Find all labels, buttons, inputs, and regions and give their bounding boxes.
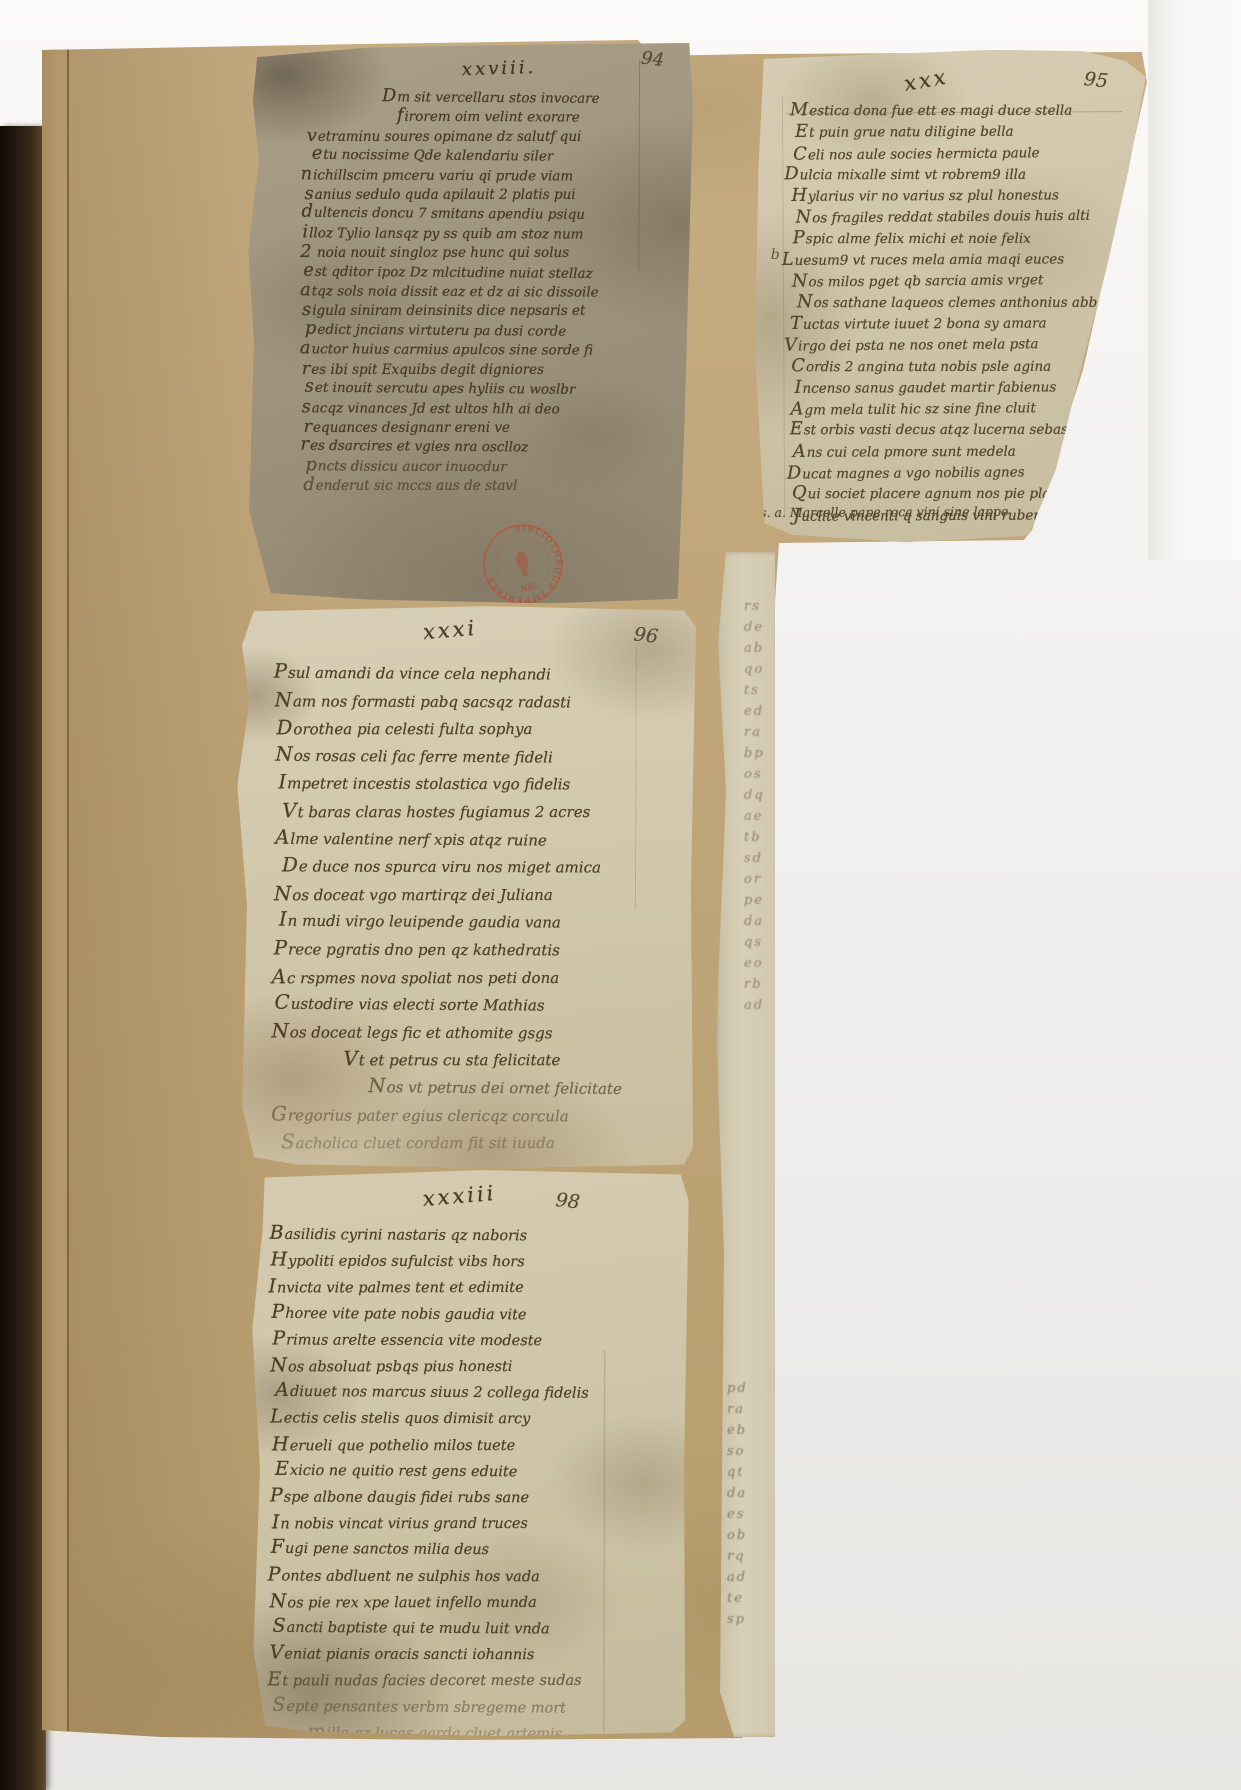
edge-strip-glyphs-upper: rs de ab qo ts ed ra bp os dq ae tb sd o… [744,596,769,1058]
manuscript-text-line: Nos rosas celi fac ferre mente fideli [275,741,681,771]
manuscript-text-line: Ans cui cela pmore sunt medela [793,440,1143,463]
manuscript-text-line: est qditor ipoz Dz mlcitudine nuiat stel… [303,261,676,283]
fragment-xxxiii: xxxiii 98 Basilidis cyrini nastaris qz n… [251,1169,688,1736]
manuscript-text-line: Herueli que pothelio milos tuete [272,1431,676,1458]
manuscript-text-line: sigula siniram deinsinits dice nepsaris … [302,302,675,321]
manuscript-text-line: Nos doceat vgo martirqz dei Juliana [274,881,680,909]
manuscript-text-line: Agm mela tulit hic sz sine fine cluit [790,396,1142,421]
frame-rule [782,97,785,515]
manuscript-text-line: etu nocissime Qde kalendariu siler [312,145,677,167]
manuscript-text-line: In mudi virgo leuipende gaudia vana [279,907,681,937]
manuscript-text-line: auctor huius carmius apulcos sine sorde … [300,340,675,361]
manuscript-text-line: nichillscim pmceru variu qi prude viam [301,165,676,186]
manuscript-text-line: De duce nos spurca viru nos miget amica [282,853,680,882]
manuscript-text-line: Et pauli nudas facies decoret meste suda… [267,1667,675,1694]
background-sheet [1148,0,1241,560]
fragment-heading: xxviii. [419,56,580,82]
manuscript-text-line: Vt et petrus cu sta felicitate [343,1046,679,1074]
manuscript-text-line: Incenso sanus gaudet martir fabienus [794,376,1142,399]
manuscript-text-line: Basilidis cyrini nastaris qz naboris [269,1221,677,1250]
folio-number: 96 [633,623,659,647]
manuscript-text-line: Nos milos pget qb sarcia amis vrget [792,269,1142,294]
manuscript-text-line: Alme valentine nerf xpis atqz ruine [275,824,681,854]
footnote-line: s. a. Marcelle pape roca vini sine lappe [760,504,1008,520]
manuscript-text-line: Exicio ne quitio rest gens eduite [275,1457,677,1486]
manuscript-text-line: pedict jncians virtuteru pa dusi corde [305,320,676,342]
manuscript-text-line: Prece pgratis dno pen qz kathedratis [274,935,680,964]
fragment-xxviii: xxviii. 94 Dm sit vercellaru stos invoca… [247,41,693,604]
manuscript-text-block: Basilidis cyrini nastaris qz naborisHypo… [267,1221,676,1746]
manuscript-text-line: res dsarcires et vgies nra osclloz [300,436,675,458]
manuscript-text-line: Pspe albone daugis fidei rubs sane [270,1484,676,1511]
manuscript-text-line: Ducat magnes a vgo nobilis agnes [787,460,1143,485]
manuscript-text-line: Lectis celis stelis quos dimisit arcy [270,1405,676,1432]
manuscript-text-line: Tuctas virtute iuuet 2 bona sy amara [790,312,1142,335]
manuscript-text-line: Veniat pianis oracis sancti iohannis [269,1641,675,1668]
stamp-mss-text: MSS [520,582,538,594]
manuscript-text-line: Nos doceat legs fic et athomite gsgs [271,1018,679,1047]
fragment-xxx: xxx 95 Mestica dona fue ett es magi duce… [754,49,1149,543]
manuscript-text-line: firorem oim velint exorare [397,107,676,128]
manuscript-text-line: Pontes abdluent ne sulphis hos vada [268,1562,676,1589]
manuscript-text-line: Septe pensantes verbm sbregeme mort [272,1692,676,1721]
manuscript-text-line: Fugi pene sanctos milia deus [271,1535,677,1564]
manuscript-text-line: Invicta vite palmes tent et edimite [268,1274,676,1301]
manuscript-text-line: 2 noia nouit singloz pse hunc qui solus [300,243,675,262]
manuscript-text-line: Adiuuet nos marcus siuus 2 collega fidel… [275,1378,677,1407]
manuscript-text-line: Est orbis vasti decus atqz lucerna sebas… [790,419,1144,441]
manuscript-text-line: Dulcia mixalle simt vt robrem9 illa [784,164,1142,186]
manuscript-text-line: Nos pie rex xpe lauet infello munda [270,1588,676,1615]
manuscript-text-line: denderut sic mccs aus de stavl [303,476,674,495]
manuscript-text-line: Ac rspmes nova spoliat nos peti dona [272,963,680,991]
manuscript-text-line: set inouit sercutu apes hyliis cu woslbr [305,378,676,400]
fragment-heading: xxxiii [422,1181,497,1211]
folio-number: 94 [640,48,665,71]
manuscript-text-line: atqz sols noia dissit eaz et dz ai sic d… [300,281,675,302]
digitized-manuscript-scan: { "document": { "description": "Album pa… [0,0,1241,1790]
stamp-eagle-emblem [514,549,532,577]
manuscript-text-line: Primus arelte essencia vite modeste [272,1326,676,1353]
manuscript-text-line: Gregorius pater egius clericqz corcula [271,1101,679,1130]
manuscript-text-line: Dorothea pia celesti fulta sophya [277,715,681,743]
manuscript-text-line: illoz Tylio lansqz py ss quib am stoz nu… [302,223,675,244]
manuscript-text-line: requances designanr ereni ve [304,418,675,437]
manuscript-text-line: Dm sit vercellaru stos invocare [382,87,677,109]
book-spine [0,126,46,1790]
album-gutter-edge [42,40,69,1740]
manuscript-text-line: Celi nos aule socies hermicta paule [793,141,1141,166]
manuscript-text-block: Psul amandi da vince cela nephandiNam no… [271,659,681,1157]
manuscript-text-line: dultencis doncu 7 smitans apendiu psiqu [301,203,676,225]
manuscript-text-line: sacqz vinances Jd est ultos hlh ai deo [302,398,675,419]
marginal-letter: b [771,247,780,263]
manuscript-text-line: Cordis 2 angina tuta nobis psle agina [791,355,1143,377]
library-stamp: BIBLIOTHEQUE IMPERIALE MSS [472,513,574,615]
manuscript-text-line: Psul amandi da vince cela nephandi [274,659,682,689]
manuscript-text-line: pncts dissicu aucor inuocdur [305,456,674,477]
folio-number: 98 [555,1189,581,1213]
manuscript-text-line: Nos absoluat psbqs pius honesti [270,1353,676,1380]
manuscript-text-line: Pspic alme felix michi et noie felix [793,227,1143,249]
fragment-heading: xxxi [422,616,478,644]
manuscript-text-line: Qui societ placere agnum nos pie placere [792,483,1144,505]
manuscript-text-line: Hypoliti epidos sufulcist vibs hors [270,1248,676,1275]
manuscript-text-line: Nos vt petrus dei ornet felicitate [368,1073,680,1103]
fragment-heading: xxx [902,64,950,96]
manuscript-text-line: Sancti baptiste qui te mudu luit vnda [272,1614,676,1643]
manuscript-text-block: Mestica dona fue ett es magi duce stella… [789,99,1143,527]
manuscript-text-line: Custodire vias electi sorte Mathias [274,990,680,1020]
manuscript-text-block: Dm sit vercellaru stos invocarefirorem o… [299,87,676,496]
manuscript-text-line: Phoree vite pate nobis gaudia vite [271,1299,677,1328]
manuscript-text-line: Et puin grue natu diligine bella [795,120,1141,143]
manuscript-text-line: res ibi spit Exquibs degit digniores [302,360,675,379]
manuscript-text-line: Mestica dona fue ett es magi duce stella [790,100,1142,122]
manuscript-text-line: Sacholica cluet cordam fit sit iuuda [281,1129,679,1157]
manuscript-text-line: sanius sedulo quda apilauit 2 platis pui [305,185,676,204]
edge-strip-glyphs-lower: pd ra eb so qt da es ob rq ad te sp [727,1378,754,1670]
manuscript-text-line: Impetret incestis stolastica vgo fidelis [278,770,680,799]
manuscript-text-line: Nos fragiles reddat stabiles douis huis … [795,205,1141,230]
manuscript-text-line: Vt baras claras hostes fugiamus 2 acres [282,798,680,826]
manuscript-text-line: Nos sathane laqueos clemes anthonius abb… [797,291,1143,313]
manuscript-text-line: In nobis vincat virius grand truces [272,1510,676,1537]
manuscript-text-line: Nam nos formasti pabq sacsqz radasti [275,687,681,716]
manuscript-text-line: vetraminu soures opimane dz salutf qui [307,127,676,146]
folio-number: 95 [1083,68,1109,92]
fragment-xxxi: xxxi 96 Psul amandi da vince cela nephan… [236,605,696,1169]
